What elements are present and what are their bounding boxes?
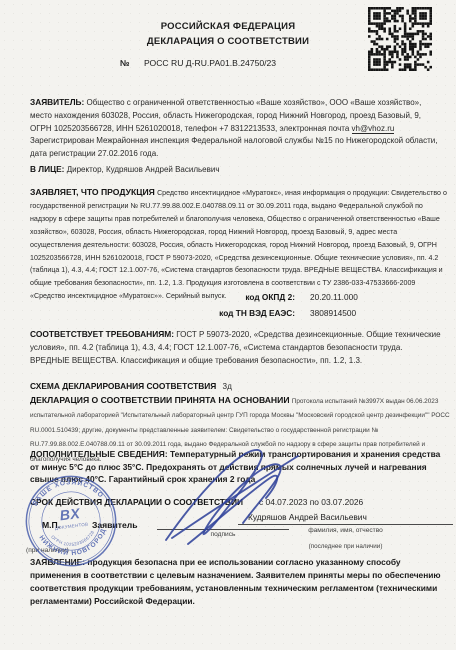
applicant-label: ЗАЯВИТЕЛЬ:	[30, 97, 84, 107]
product-label: ЗАЯВЛЯЕТ, ЧТО ПРОДУКЦИЯ	[30, 187, 155, 197]
complies-section: СООТВЕТСТВУЕТ ТРЕБОВАНИЯМ: ГОСТ Р 59073-…	[30, 328, 442, 367]
stamp-logo: ВХ	[59, 505, 82, 524]
signer-name-note: (последнее при наличии)	[238, 543, 453, 550]
product-text: Средство инсектицидное «Муратокс», иная …	[30, 189, 447, 300]
tnved-value: 3808914500	[310, 308, 356, 318]
product-section: ЗАЯВЛЯЕТ, ЧТО ПРОДУКЦИЯ Средство инсекти…	[30, 186, 448, 303]
statement-text: продукция безопасна при ее использовании…	[30, 557, 441, 606]
tnved-row: код ТН ВЭД ЕАЭС: 3808914500	[30, 308, 430, 318]
complies-label: СООТВЕТСТВУЕТ ТРЕБОВАНИЯМ:	[30, 329, 174, 339]
basis-label: ДЕКЛАРАЦИЯ О СООТВЕТСТВИИ ПРИНЯТА НА ОСН…	[30, 395, 290, 405]
scheme-label: СХЕМА ДЕКЛАРИРОВАНИЯ СООТВЕТСТВИЯ	[30, 381, 216, 391]
tnved-label: код ТН ВЭД ЕАЭС:	[30, 308, 295, 318]
validity-section: СРОК ДЕЙСТВИЯ ДЕКЛАРАЦИИ О СООТВЕТСТВИИ …	[30, 497, 363, 507]
okpd-label: код ОКПД 2:	[30, 292, 295, 302]
number-sign: №	[120, 58, 130, 68]
signing-applicant-label: Заявитель	[92, 520, 137, 530]
signer-name-caption: фамилия, имя, отчество	[238, 527, 453, 534]
validity-value: с 04.07.2023 по 03.07.2026	[259, 497, 363, 507]
applicant-registration: Зарегистрирован Межрайонная инспекция Фе…	[30, 135, 442, 161]
additional-section: ДОПОЛНИТЕЛЬНЫЕ СВЕДЕНИЯ: Температурный р…	[30, 448, 444, 486]
declaration-number-row: № РОСС RU Д-RU.РА01.В.24750/23	[120, 58, 276, 68]
okpd-value: 20.20.11.000	[310, 292, 358, 302]
declaration-number: РОСС RU Д-RU.РА01.В.24750/23	[144, 58, 276, 68]
qr-code	[368, 7, 432, 71]
applicant-section: ЗАЯВИТЕЛЬ: Общество с ограниченной ответ…	[30, 96, 442, 161]
in-person-section: В ЛИЦЕ: Директор, Кудряшов Андрей Василь…	[30, 163, 442, 177]
signer-name: Кудряшов Андрей Васильевич	[238, 512, 453, 525]
signer-name-block: Кудряшов Андрей Васильевич фамилия, имя,…	[238, 512, 453, 550]
in-person-label: В ЛИЦЕ:	[30, 164, 64, 174]
in-person-text: Директор, Кудряшов Андрей Васильевич	[67, 165, 220, 174]
scheme-value: 3д	[223, 382, 232, 391]
okpd-row: код ОКПД 2: 20.20.11.000	[30, 292, 430, 302]
mp-label: М.П.	[42, 520, 60, 530]
statement-label: ЗАЯВЛЕНИЕ:	[30, 557, 85, 567]
validity-label: СРОК ДЕЙСТВИЯ ДЕКЛАРАЦИИ О СООТВЕТСТВИИ	[30, 497, 243, 507]
scheme-section: СХЕМА ДЕКЛАРИРОВАНИЯ СООТВЕТСТВИЯ 3д	[30, 380, 442, 394]
additional-label: ДОПОЛНИТЕЛЬНЫЕ СВЕДЕНИЯ:	[30, 449, 168, 459]
statement-section: ЗАЯВЛЕНИЕ: продукция безопасна при ее ис…	[30, 556, 444, 608]
applicant-email: vh@vhoz.ru	[352, 124, 395, 134]
codes-section: код ОКПД 2: 20.20.11.000 код ТН ВЭД ЕАЭС…	[30, 292, 430, 324]
mp-note: (при наличии)	[26, 547, 69, 554]
declaration-document: РОССИЙСКАЯ ФЕДЕРАЦИЯ ДЕКЛАРАЦИЯ О СООТВЕ…	[0, 0, 456, 650]
